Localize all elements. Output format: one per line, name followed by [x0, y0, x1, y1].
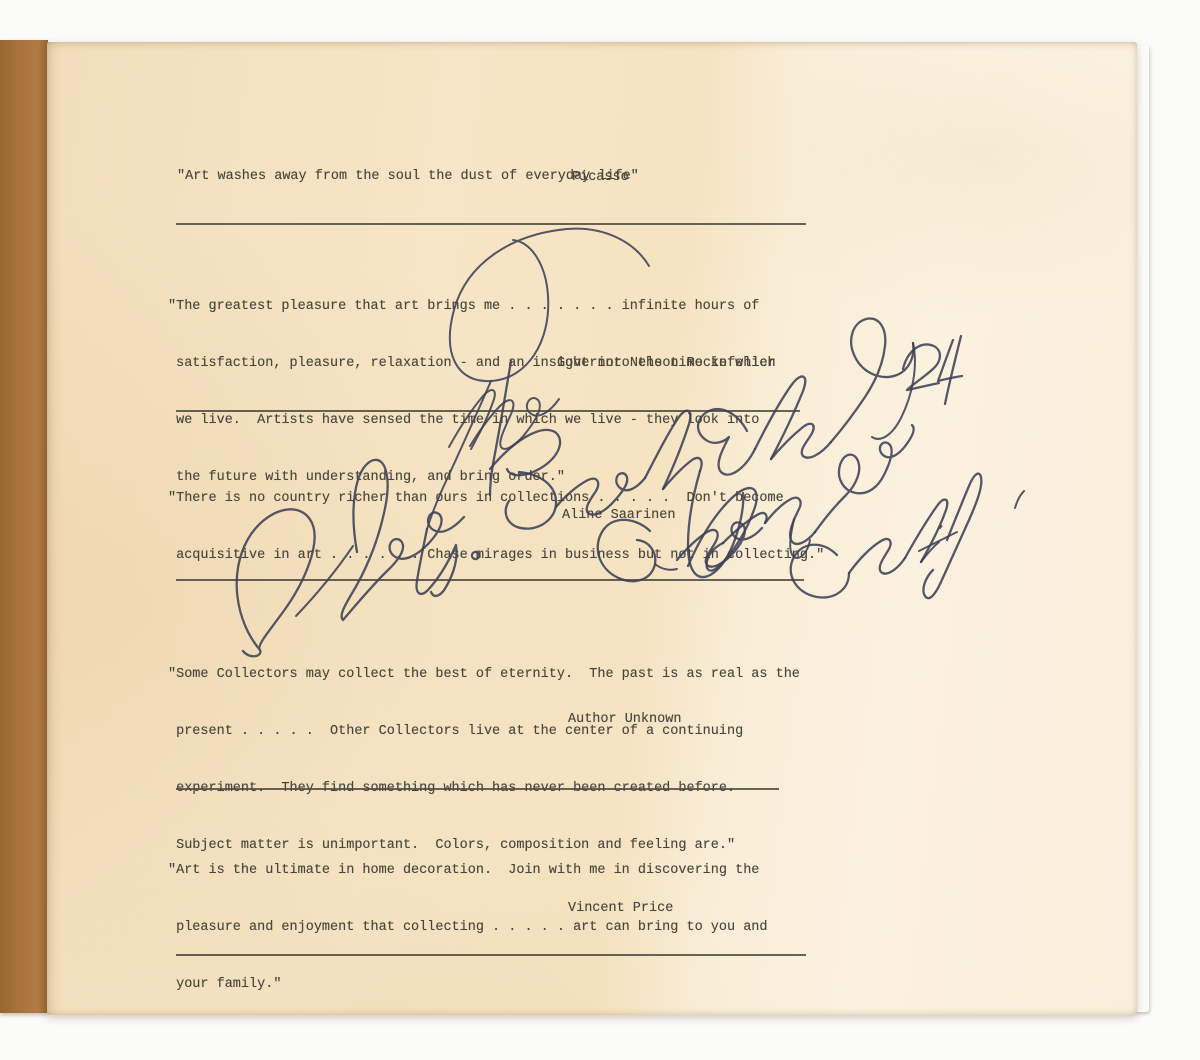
- quote-text: "Art washes away from the soul the dust …: [177, 129, 639, 224]
- quote-attribution: Governor Nelson Rockefeller: [557, 354, 776, 373]
- booklet-cover-spine: [0, 40, 48, 1013]
- quote-text: "Art is the ultimate in home decoration.…: [168, 823, 768, 1032]
- separator-rule: [176, 579, 804, 581]
- quote-line: "Some Collectors may collect the best of…: [168, 665, 800, 684]
- quote-line: "There is no country richer than ours in…: [168, 489, 824, 508]
- scanned-booklet-page: "Art washes away from the soul the dust …: [0, 0, 1200, 1060]
- quote-line: "Art is the ultimate in home decoration.…: [168, 861, 768, 880]
- separator-rule: [176, 223, 806, 225]
- quote-line: "Art washes away from the soul the dust …: [177, 167, 639, 186]
- separator-rule: [176, 788, 779, 790]
- quote-attribution: Picasso: [572, 168, 629, 187]
- quote-attribution: Author Unknown: [568, 710, 681, 729]
- quote-attribution: Vincent Price: [568, 899, 673, 918]
- quote-attribution: Aline Saarinen: [562, 506, 675, 525]
- quote-line: acquisitive in art . . . . . . Chase mir…: [168, 546, 824, 565]
- quote-line: "The greatest pleasure that art brings m…: [168, 297, 776, 316]
- quote-line: your family.": [168, 975, 768, 994]
- quote-line: present . . . . . Other Collectors live …: [168, 722, 800, 741]
- quote-line: we live. Artists have sensed the time in…: [168, 411, 776, 430]
- separator-rule: [176, 954, 806, 956]
- quote-line: pleasure and enjoyment that collecting .…: [168, 918, 768, 937]
- separator-rule: [176, 410, 800, 412]
